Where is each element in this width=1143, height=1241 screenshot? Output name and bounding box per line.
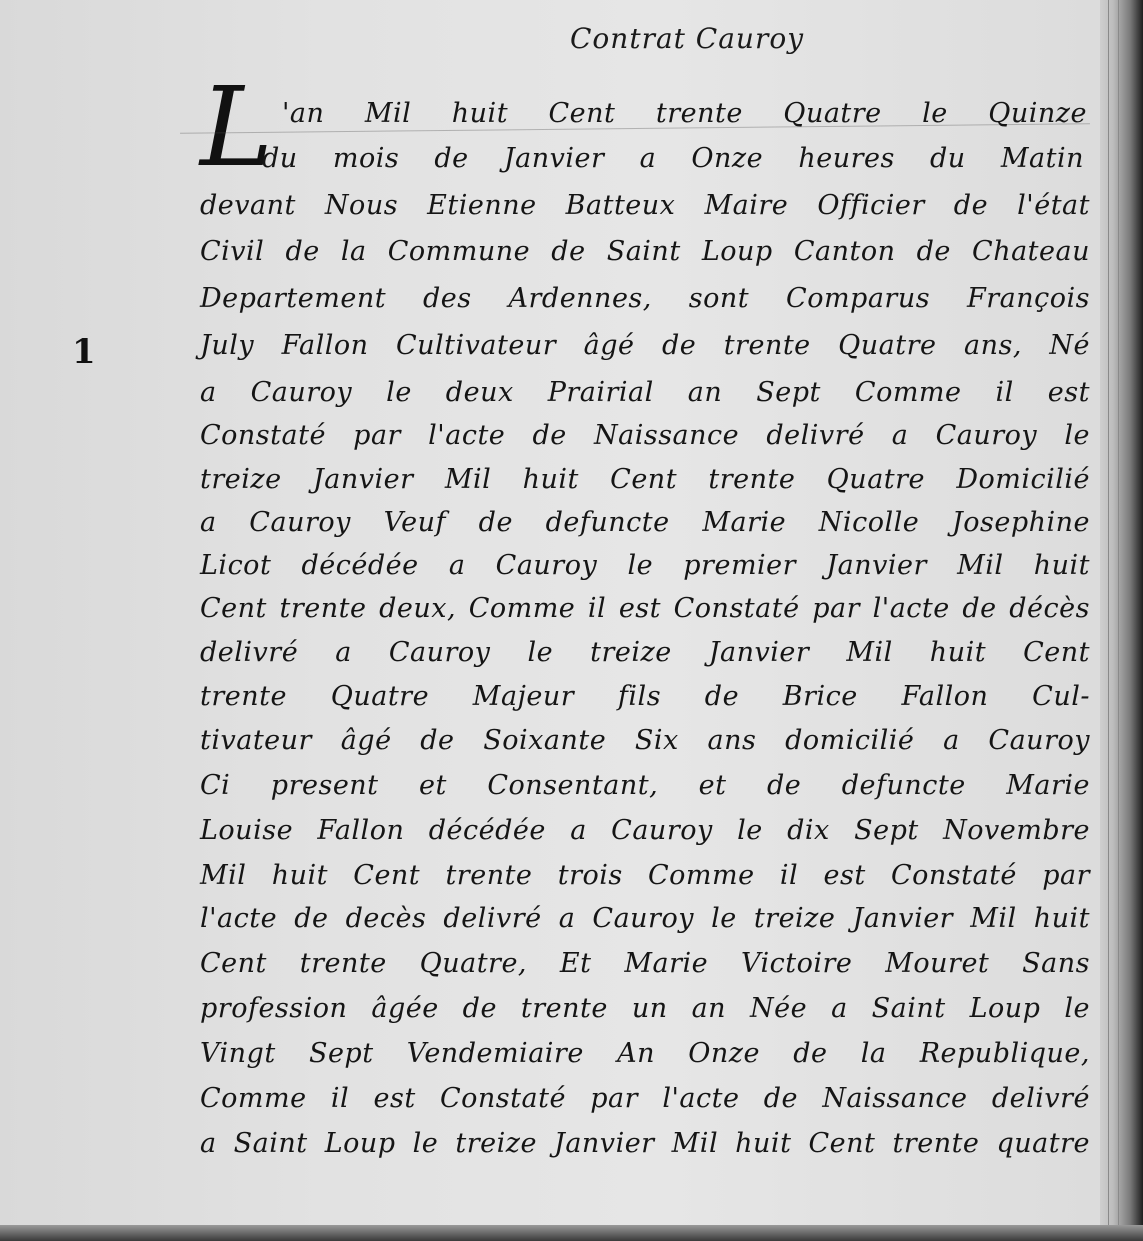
text-line: du mois de Janvier a Onze heures du Mati… [262, 143, 1084, 174]
text-line: Mil huit Cent trente trois Comme il est … [200, 860, 1090, 891]
text-line: Ci present et Consentant, et de defuncte… [200, 770, 1090, 801]
text-line: devant Nous Etienne Batteux Maire Offici… [200, 190, 1090, 221]
text-line: Constaté par l'acte de Naissance delivré… [200, 420, 1090, 451]
text-line: treize Janvier Mil huit Cent trente Quat… [200, 464, 1090, 495]
text-line: 'an Mil huit Cent trente Quatre le Quinz… [282, 98, 1087, 129]
text-line: a Cauroy le deux Prairial an Sept Comme … [200, 377, 1090, 408]
text-line: Louise Fallon décédée a Cauroy le dix Se… [200, 815, 1090, 846]
text-line: l'acte de decès delivré a Cauroy le trei… [200, 903, 1090, 934]
header-annotation: Contrat Cauroy [570, 22, 804, 55]
text-line: a Saint Loup le treize Janvier Mil huit … [200, 1128, 1090, 1159]
text-line: Licot décédée a Cauroy le premier Janvie… [200, 550, 1090, 581]
text-line: a Cauroy Veuf de defuncte Marie Nicolle … [200, 507, 1090, 538]
text-line: profession âgée de trente un an Née a Sa… [200, 993, 1090, 1024]
text-line: Comme il est Constaté par l'acte de Nais… [200, 1083, 1090, 1114]
text-line: Cent trente deux, Comme il est Constaté … [200, 593, 1090, 624]
book-binding-gutter [1100, 0, 1143, 1241]
text-line: Cent trente Quatre, Et Marie Victoire Mo… [200, 948, 1090, 979]
margin-entry-number: 1 [72, 332, 96, 372]
page-bottom-edge [0, 1225, 1143, 1241]
text-line: Departement des Ardennes, sont Comparus … [200, 283, 1090, 314]
text-line: tivateur âgé de Soixante Six ans domicil… [200, 725, 1090, 756]
manuscript-page: Contrat Cauroy 1 L 'an Mil huit Cent tre… [0, 0, 1100, 1241]
text-line: trente Quatre Majeur fils de Brice Fallo… [200, 681, 1090, 712]
text-line: Civil de la Commune de Saint Loup Canton… [200, 236, 1090, 267]
text-line: July Fallon Cultivateur âgé de trente Qu… [200, 330, 1090, 361]
text-line: delivré a Cauroy le treize Janvier Mil h… [200, 637, 1090, 668]
text-line: Vingt Sept Vendemiaire An Onze de la Rep… [200, 1038, 1090, 1069]
